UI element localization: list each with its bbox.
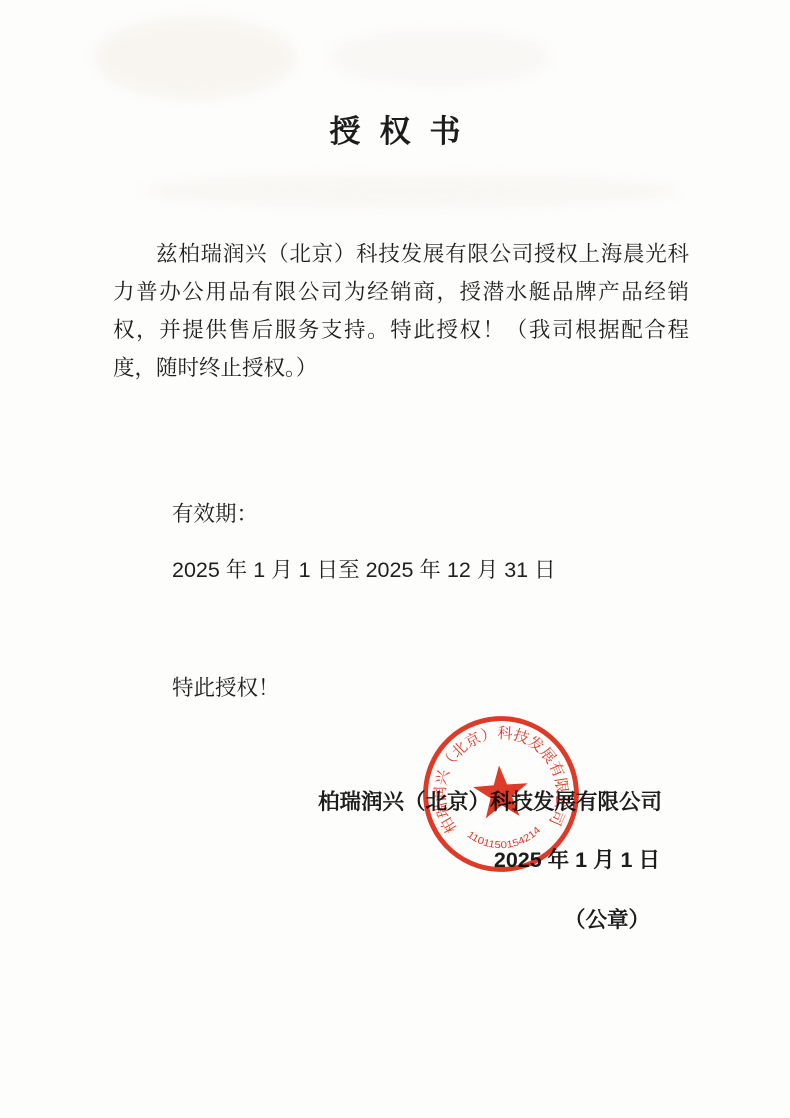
closing-statement: 特此授权！ bbox=[172, 671, 280, 702]
authorization-body-text: 兹柏瑞润兴（北京）科技发展有限公司授权上海晨光科力普办公用品有限公司为经销商，授… bbox=[113, 235, 689, 387]
validity-period-value: 2025 年 1 月 1 日至 2025 年 12 月 31 日 bbox=[172, 553, 556, 584]
seal-ring-text: 柏瑞润兴（北京）科技发展有限公司 bbox=[426, 720, 572, 837]
seal-placeholder-note: （公章） bbox=[564, 903, 650, 934]
signature-date: 2025 年 1 月 1 日 bbox=[494, 843, 660, 874]
authorization-letter-page: 授权书 兹柏瑞润兴（北京）科技发展有限公司授权上海晨光科力普办公用品有限公司为经… bbox=[0, 0, 790, 1118]
validity-period-label: 有效期： bbox=[172, 497, 258, 528]
page-title: 授权书 bbox=[0, 106, 790, 151]
scan-smudge bbox=[95, 18, 295, 98]
scan-smudge bbox=[330, 30, 550, 85]
scan-smudge bbox=[140, 176, 680, 206]
signature-company-name: 柏瑞润兴（北京）科技发展有限公司 bbox=[318, 785, 662, 816]
